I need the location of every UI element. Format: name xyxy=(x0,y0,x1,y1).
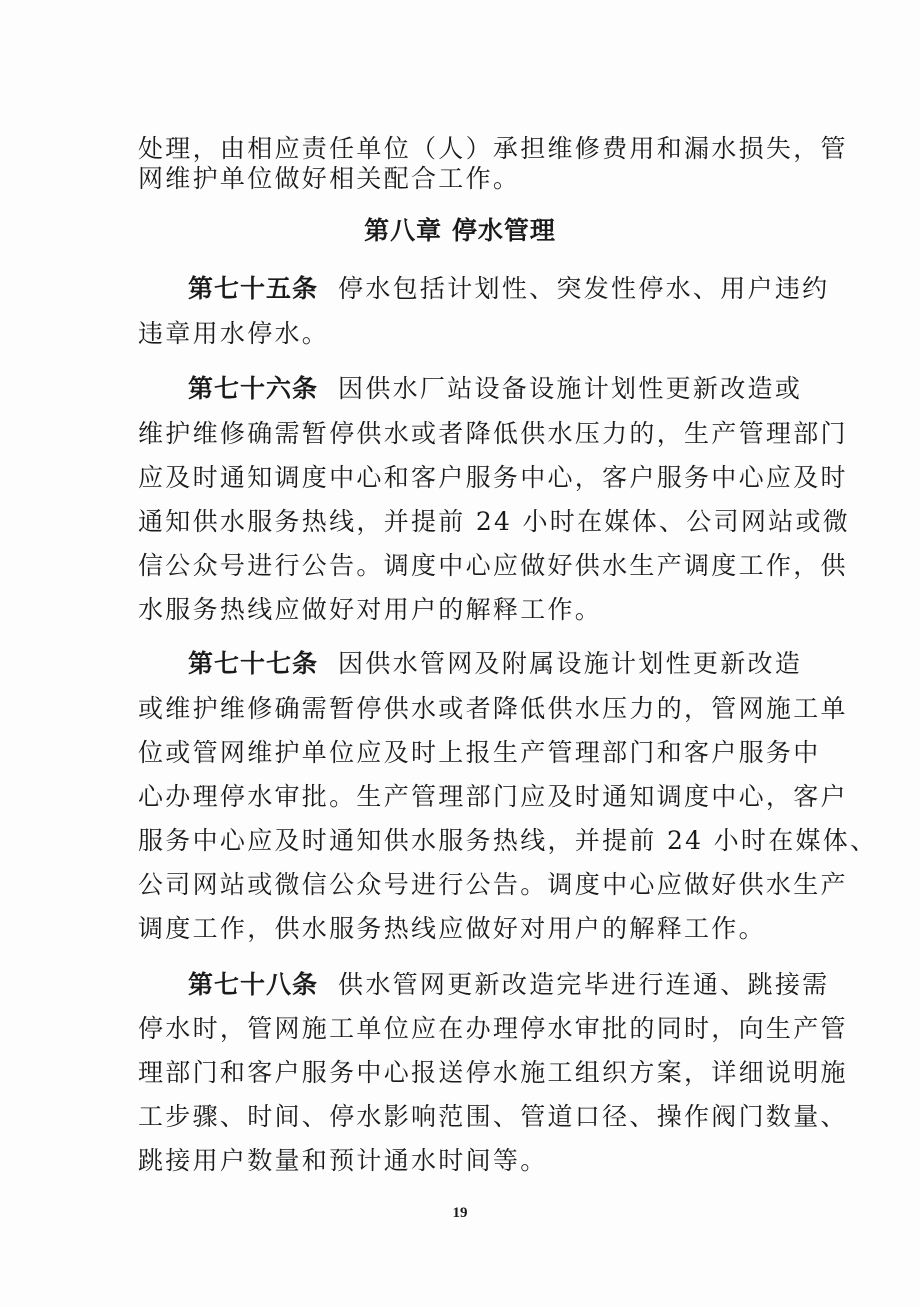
paragraph-line: 调度工作，供水服务热线应做好对用户的解释工作。 xyxy=(138,912,788,946)
paragraph-line: 违章用水停水。 xyxy=(138,317,788,351)
article-78-first-line: 第七十八条供水管网更新改造完毕进行连通、跳接需 xyxy=(188,968,788,1002)
article-label: 第七十五条 xyxy=(188,274,318,303)
paragraph-line: 通知供水服务热线，并提前 24 小时在媒体、公司网站或微 xyxy=(138,505,788,539)
article-text: 供水管网更新改造完毕进行连通、跳接需 xyxy=(338,970,829,999)
article-label: 第七十六条 xyxy=(188,374,318,403)
article-text: 停水包括计划性、突发性停水、用户违约 xyxy=(338,274,829,303)
paragraph-line: 理部门和客户服务中心报送停水施工组织方案，详细说明施 xyxy=(138,1056,788,1090)
paragraph-line: 心办理停水审批。生产管理部门应及时通知调度中心，客户 xyxy=(138,780,788,814)
paragraph-line: 水服务热线应做好对用户的解释工作。 xyxy=(138,593,788,627)
article-text: 因供水厂站设备设施计划性更新改造或 xyxy=(338,374,802,403)
paragraph-line: 网维护单位做好相关配合工作。 xyxy=(138,162,788,196)
paragraph-line: 应及时通知调度中心和客户服务中心，客户服务中心应及时 xyxy=(138,461,788,495)
paragraph-line: 服务中心应及时通知供水服务热线，并提前 24 小时在媒体、 xyxy=(138,824,788,858)
article-text: 因供水管网及附属设施计划性更新改造 xyxy=(338,649,802,678)
paragraph-line: 跳接用户数量和预计通水时间等。 xyxy=(138,1144,788,1178)
article-label: 第七十七条 xyxy=(188,649,318,678)
paragraph-line: 处理，由相应责任单位（人）承担维修费用和漏水损失，管 xyxy=(138,132,788,166)
paragraph-line: 工步骤、时间、停水影响范围、管道口径、操作阀门数量、 xyxy=(138,1100,788,1134)
paragraph-line: 信公众号进行公告。调度中心应做好供水生产调度工作，供 xyxy=(138,549,788,583)
paragraph-line: 位或管网维护单位应及时上报生产管理部门和客户服务中 xyxy=(138,736,788,770)
article-label: 第七十八条 xyxy=(188,970,318,999)
paragraph-line: 维护维修确需暂停供水或者降低供水压力的，生产管理部门 xyxy=(138,417,788,451)
chapter-title: 第八章 停水管理 xyxy=(0,214,920,248)
document-page: 处理，由相应责任单位（人）承担维修费用和漏水损失，管 网维护单位做好相关配合工作… xyxy=(0,0,920,1307)
paragraph-line: 或维护维修确需暂停供水或者降低供水压力的，管网施工单 xyxy=(138,692,788,726)
paragraph-line: 公司网站或微信公众号进行公告。调度中心应做好供水生产 xyxy=(138,868,788,902)
page-number: 19 xyxy=(0,1205,920,1222)
article-77-first-line: 第七十七条因供水管网及附属设施计划性更新改造 xyxy=(188,647,788,681)
paragraph-line: 停水时，管网施工单位应在办理停水审批的同时，向生产管 xyxy=(138,1012,788,1046)
article-76-first-line: 第七十六条因供水厂站设备设施计划性更新改造或 xyxy=(188,372,788,406)
article-75-first-line: 第七十五条停水包括计划性、突发性停水、用户违约 xyxy=(188,272,788,306)
